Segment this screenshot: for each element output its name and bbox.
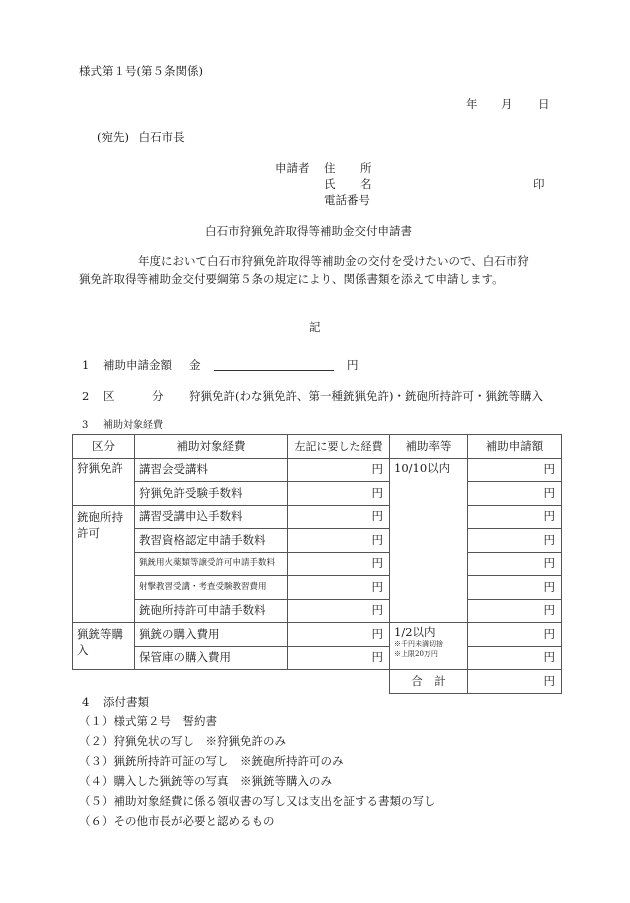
section-2-label-b: 分 [152, 389, 164, 403]
amount-cell[interactable]: 円 [468, 552, 562, 576]
item-cell: 銃砲所持許可申請手数料 [135, 599, 288, 623]
rate-cell-half: 1/2以内 ※千円未満切捨 ※上限20万円 [390, 623, 468, 670]
date-day: 日 [538, 97, 550, 111]
table-row: 猟銃等購入 猟銃の購入費用 円 1/2以内 ※千円未満切捨 ※上限20万円 円 [73, 623, 562, 647]
amount-cell[interactable]: 円 [468, 482, 562, 506]
amount-cell[interactable]: 円 [468, 529, 562, 553]
item-cell: 猟銃用火薬類等譲受許可申請手数料 [135, 552, 288, 576]
rate-cell-full: 10/10以内 [390, 458, 468, 623]
section-4-label: 添付書類 [103, 695, 149, 709]
addressee: (宛先) 白石市長 [97, 130, 185, 144]
item-cell: 講習会受講料 [135, 458, 288, 482]
section-3-number: 3 [82, 419, 88, 433]
item-cell: 射撃教習受講・考査受験教習費用 [135, 576, 288, 600]
attachment-item: （２）狩猟免状の写し ※狩猟免許のみ [79, 734, 286, 748]
attachment-item: （５）補助対象経費に係る領収書の写し又は支出を証する書類の写し [79, 794, 436, 808]
name-label-2: 名 [360, 177, 372, 191]
section-4-number: 4 [82, 695, 89, 709]
name-label-1: 氏 [324, 177, 336, 191]
table-row: 保管庫の購入費用 円 円 [73, 646, 562, 670]
document-title: 白石市狩猟免許取得等補助金交付申請書 [205, 224, 412, 238]
section-2-value: 狩猟免許(わな猟免許、第一種銃猟免許)・銃砲所持許可・猟銃等購入 [189, 389, 543, 403]
subsidy-amount-field[interactable] [214, 358, 334, 371]
cost-cell[interactable]: 円 [288, 646, 390, 670]
amount-cell[interactable]: 円 [468, 505, 562, 529]
table-row: 銃砲所持許可申請手数料 円 円 [73, 599, 562, 623]
header-rate: 補助率等 [390, 435, 468, 459]
section-3-label: 補助対象経費 [103, 419, 163, 433]
header-cost: 左記に要した経費 [288, 435, 390, 459]
amount-cell[interactable]: 円 [468, 576, 562, 600]
table-header-row: 区分 補助対象経費 左記に要した経費 補助率等 補助申請額 [73, 435, 562, 459]
rate-note-rounding: ※千円未満切捨 [394, 639, 463, 649]
table-row: 銃砲所持許可 講習受講申込手数料 円 円 [73, 505, 562, 529]
section-2-number: 2 [82, 389, 89, 403]
addressee-name: 白石市長 [139, 130, 185, 144]
cost-cell[interactable]: 円 [288, 458, 390, 482]
cost-cell[interactable]: 円 [288, 529, 390, 553]
item-cell: 猟銃の購入費用 [135, 623, 288, 647]
ki-heading: 記 [309, 320, 321, 334]
address-label-1: 住 [324, 161, 336, 175]
cost-cell[interactable]: 円 [288, 505, 390, 529]
date-month: 月 [501, 97, 513, 111]
total-row: 合 計 円 [73, 670, 562, 694]
cost-cell[interactable]: 円 [288, 599, 390, 623]
amount-cell[interactable]: 円 [468, 646, 562, 670]
expense-table: 区分 補助対象経費 左記に要した経費 補助率等 補助申請額 狩猟免許 講習会受講… [72, 434, 562, 694]
table-row: 狩猟免許受験手数料 円 円 [73, 482, 562, 506]
amount-cell[interactable]: 円 [468, 623, 562, 647]
section-1-suffix: 円 [347, 358, 359, 372]
item-cell: 保管庫の購入費用 [135, 646, 288, 670]
addressee-prefix: (宛先) [97, 130, 129, 144]
section-2-label-a: 区 [103, 389, 115, 403]
total-label: 合 計 [390, 670, 468, 694]
phone-label: 電話番号 [324, 193, 370, 207]
header-category: 区分 [73, 435, 135, 459]
category-hunting-license: 狩猟免許 [73, 458, 135, 505]
item-cell: 教習資格認定申請手数料 [135, 529, 288, 553]
section-1-number: 1 [82, 358, 89, 372]
table-row: 射撃教習受講・考査受験教習費用 円 円 [73, 576, 562, 600]
address-label-2: 所 [360, 161, 372, 175]
table-row: 狩猟免許 講習会受講料 円 10/10以内 円 [73, 458, 562, 482]
table-row: 教習資格認定申請手数料 円 円 [73, 529, 562, 553]
header-item: 補助対象経費 [135, 435, 288, 459]
header-amount: 補助申請額 [468, 435, 562, 459]
total-amount[interactable]: 円 [468, 670, 562, 694]
section-1-label: 補助申請金額 [103, 358, 172, 372]
section-1-prefix: 金 [189, 358, 201, 372]
cost-cell[interactable]: 円 [288, 576, 390, 600]
applicant-label: 申請者 [275, 161, 310, 175]
cost-cell[interactable]: 円 [288, 623, 390, 647]
attachment-item: （６）その他市長が必要と認めるもの [79, 814, 275, 828]
item-cell: 講習受講申込手数料 [135, 505, 288, 529]
cost-cell[interactable]: 円 [288, 482, 390, 506]
attachment-item: （４）購入した猟銃等の写真 ※猟銃等購入のみ [79, 774, 332, 788]
date-year: 年 [466, 97, 478, 111]
body-line-2: 猟免許取得等補助金交付要綱第５条の規定により、関係書類を添えて申請します。 [79, 272, 504, 286]
rate-half-label: 1/2以内 [394, 625, 436, 639]
category-gun-purchase: 猟銃等購入 [73, 623, 135, 670]
attachment-item: （１）様式第２号 誓約書 [79, 714, 217, 728]
amount-cell[interactable]: 円 [468, 458, 562, 482]
table-row: 猟銃用火薬類等譲受許可申請手数料 円 円 [73, 552, 562, 576]
seal-mark: 印 [533, 177, 545, 191]
rate-note-cap: ※上限20万円 [394, 649, 463, 659]
category-gun-permit: 銃砲所持許可 [73, 505, 135, 623]
form-number: 様式第１号(第５条関係) [79, 64, 203, 78]
attachment-item: （３）猟銃所持許可証の写し ※銃砲所持許可のみ [79, 754, 344, 768]
cost-cell[interactable]: 円 [288, 552, 390, 576]
body-line-1: 年度において白石市狩猟免許取得等補助金の交付を受けたいので、白石市狩 [138, 254, 529, 268]
item-cell: 狩猟免許受験手数料 [135, 482, 288, 506]
amount-cell[interactable]: 円 [468, 599, 562, 623]
